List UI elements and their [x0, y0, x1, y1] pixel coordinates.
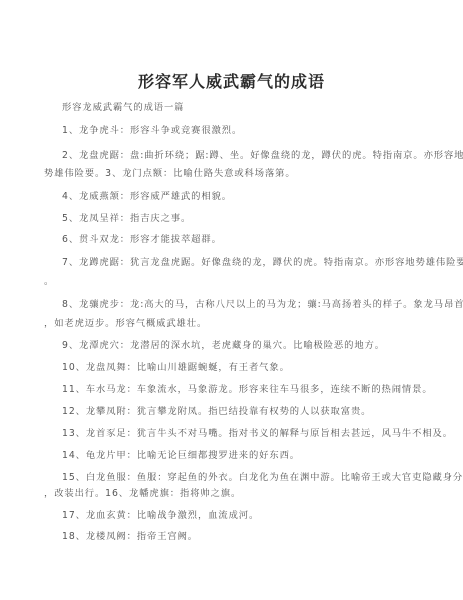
- idiom-entry: 13、龙首豕足：犹言牛头不对马嘴。指对书义的解释与原旨相去甚远，风马牛不相及。: [62, 428, 453, 440]
- idiom-entry: 6、贯斗双龙：形容才能拔萃超群。: [62, 234, 222, 246]
- idiom-entry: 7、龙蹲虎踞：犹言龙盘虎踞。好像盘绕的龙，蹲伏的虎。特指南京。亦形容地势雄伟险要: [62, 257, 463, 269]
- idiom-entry-continuation: ，改装出行。16、龙幡虎旗：指将帅之旗。: [44, 488, 241, 500]
- idiom-entry: 17、龙血玄黄：比喻战争激烈，血流成河。: [62, 510, 259, 522]
- idiom-entry: 14、龟龙片甲：比喻无论巨细都搜罗进来的好东西。: [62, 450, 300, 462]
- idiom-entry: 15、白龙鱼服：鱼服：穿起鱼的外衣。白龙化为鱼在渊中游。比喻帝王或大官吏隐藏身分: [62, 472, 463, 484]
- document-subtitle: 形容龙威武霸气的成语一篇: [62, 102, 184, 114]
- idiom-entry: 9、龙潭虎穴：龙潜居的深水坑，老虎藏身的巢穴。比喻极险恶的地方。: [62, 340, 385, 352]
- idiom-entry: 12、龙攀凤附：犹言攀龙附凤。指巴结投靠有权势的人以获取富贵。: [62, 406, 371, 418]
- idiom-entry: 2、龙盘虎踞：盘:曲折环绕；踞:蹲、坐。好像盘绕的龙，蹲伏的虎。特指南京。亦形容…: [62, 150, 463, 162]
- idiom-entry-continuation: 。: [44, 276, 54, 288]
- idiom-entry: 18、龙楼凤阙：指帝王宫阙。: [62, 531, 198, 543]
- idiom-entry: 5、龙凤呈祥：指吉庆之事。: [62, 213, 191, 225]
- idiom-entry-continuation: 势雄伟险要。3、龙门点额：比喻仕路失意或科场落第。: [44, 168, 296, 180]
- idiom-entry: 8、龙骧虎步：龙:高大的马，古称八尺以上的马为龙；骧:马高扬着头的样子。象龙马昂…: [62, 299, 463, 311]
- idiom-entry: 10、龙盘凤舞：比喻山川雄踞蜿蜒，有王者气象。: [62, 362, 290, 374]
- idiom-entry: 11、车水马龙：车象流水，马象游龙。形容来往车马很多，连续不断的热闹情景。: [62, 384, 433, 396]
- idiom-entry: 4、龙威燕颔：形容威严雄武的相貌。: [62, 191, 232, 203]
- document-title: 形容军人威武霸气的成语: [0, 69, 463, 92]
- idiom-entry: 1、龙争虎斗：形容斗争或竞赛很激烈。: [62, 125, 242, 137]
- idiom-entry-continuation: ，如老虎迈步。形容气概威武雄壮。: [44, 318, 207, 330]
